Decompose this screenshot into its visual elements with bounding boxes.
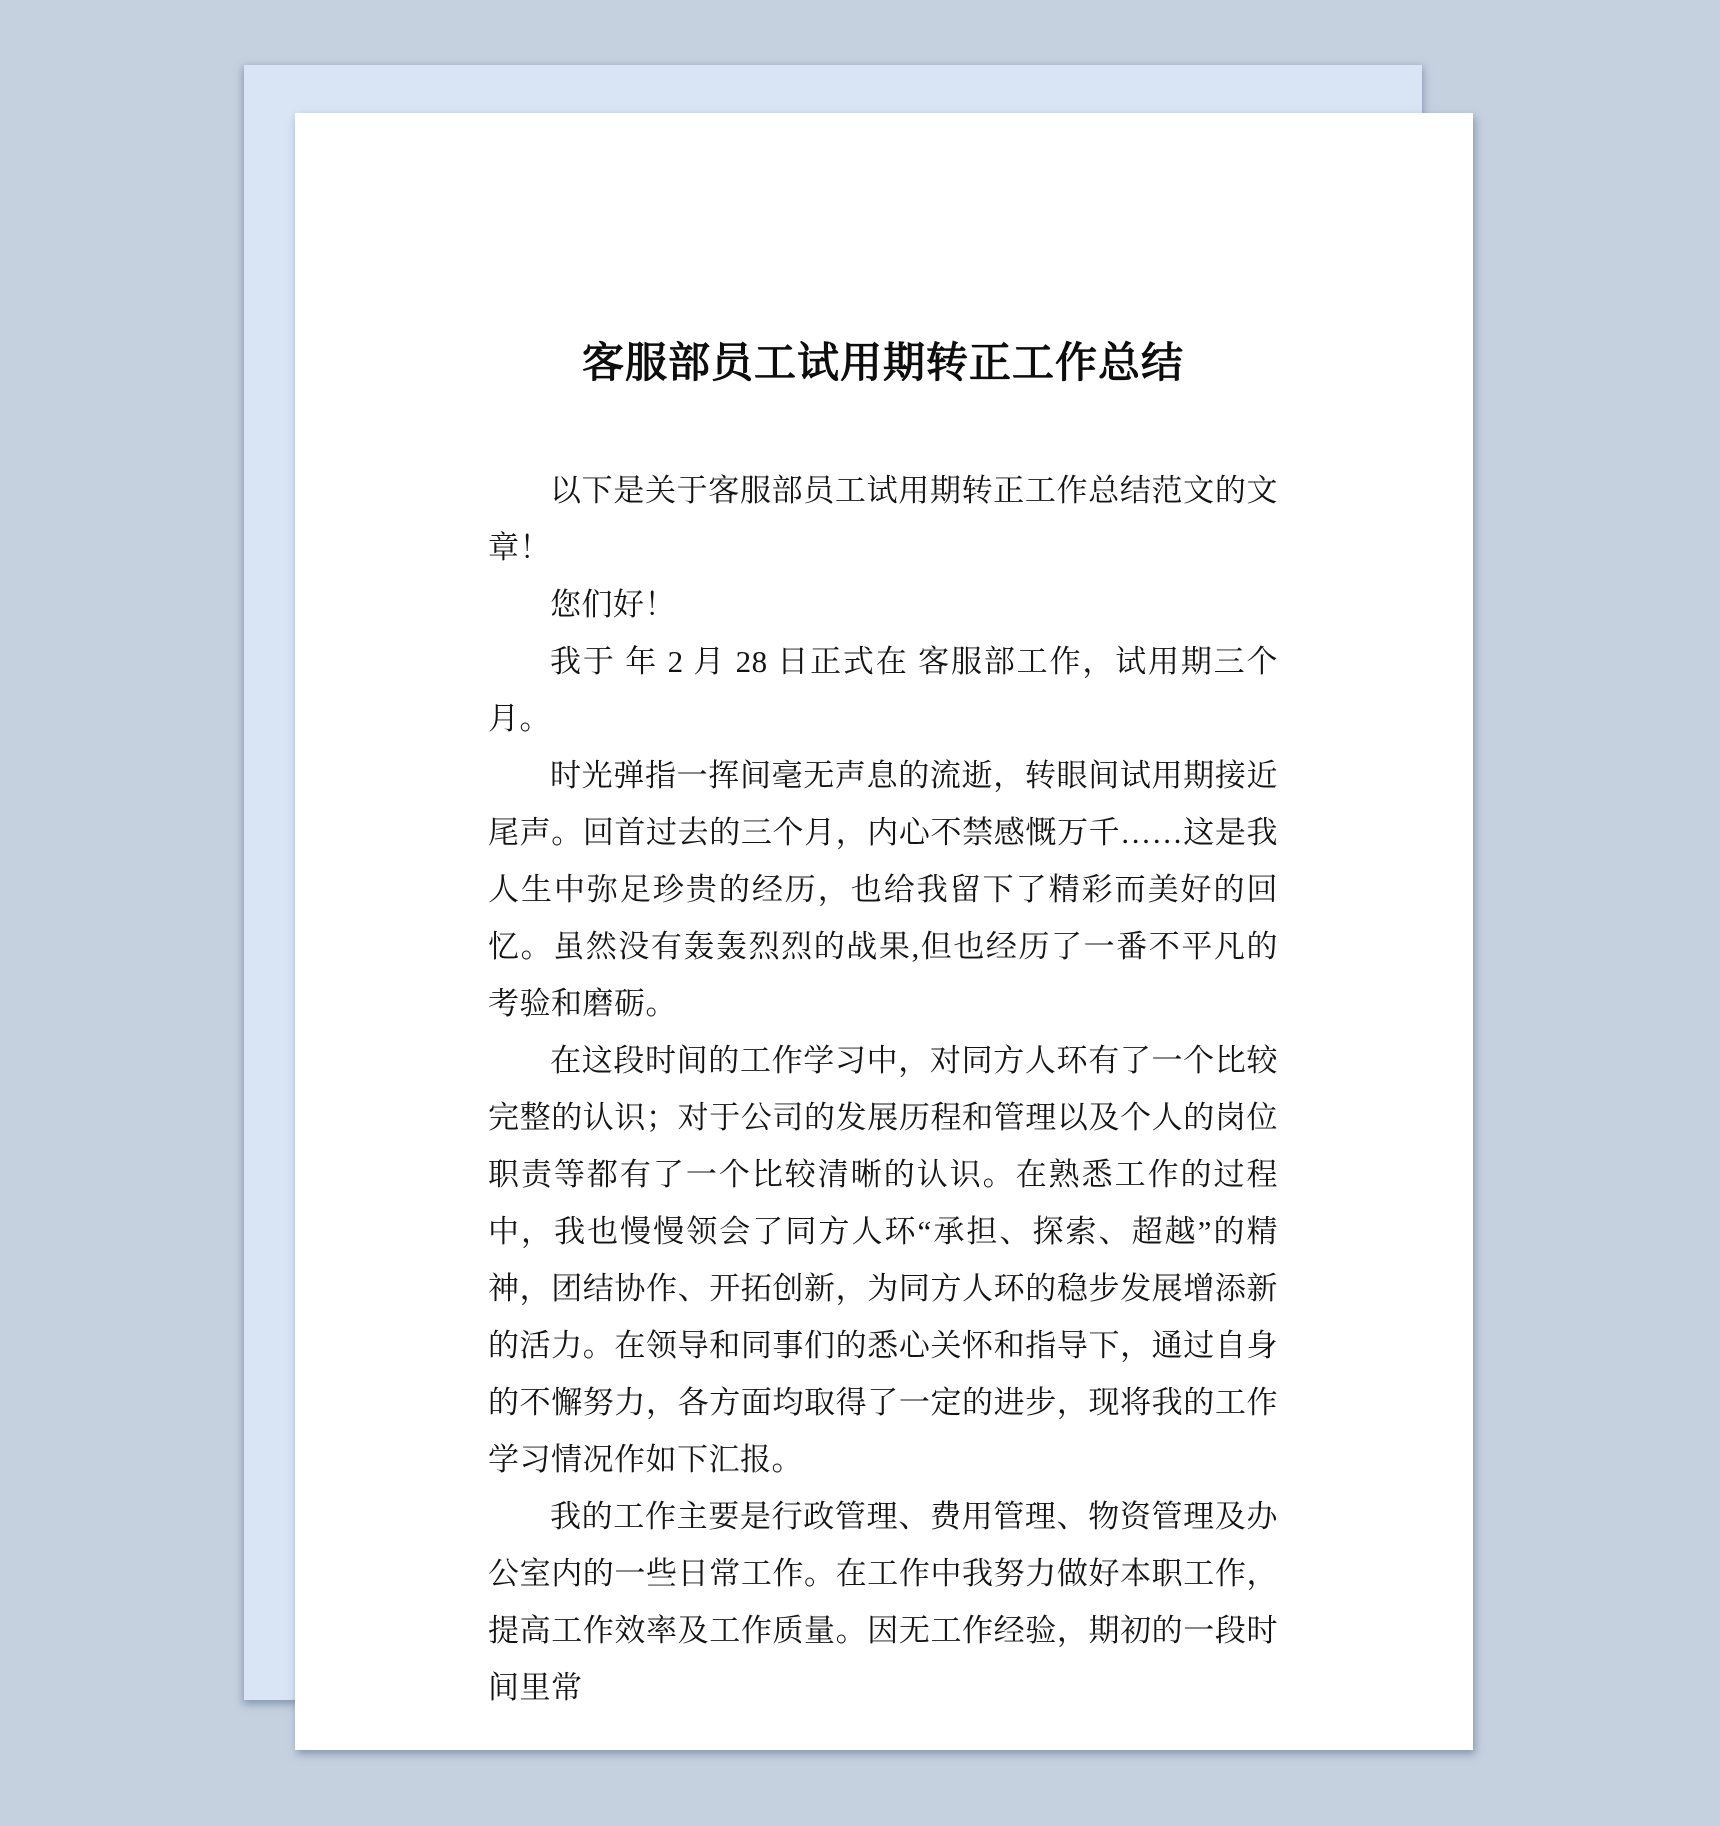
document-paragraph: 时光弹指一挥间毫无声息的流逝，转眼间试用期接近尾声。回首过去的三个月，内心不禁感… <box>488 747 1278 1032</box>
document-paragraph: 在这段时间的工作学习中，对同方人环有了一个比较完整的认识；对于公司的发展历程和管… <box>488 1032 1278 1488</box>
document-preview-canvas: 客服部员工试用期转正工作总结 以下是关于客服部员工试用期转正工作总结范文的文章！… <box>0 0 1720 1826</box>
document-paragraph: 我于 年 2 月 28 日正式在 客服部工作，试用期三个月。 <box>488 633 1278 747</box>
document-title: 客服部员工试用期转正工作总结 <box>488 333 1278 393</box>
document-body: 以下是关于客服部员工试用期转正工作总结范文的文章！ 您们好！ 我于 年 2 月 … <box>488 462 1278 1716</box>
document-paragraph: 我的工作主要是行政管理、费用管理、物资管理及办公室内的一些日常工作。在工作中我努… <box>488 1488 1278 1716</box>
document-paragraph: 您们好！ <box>488 576 1278 633</box>
document-page: 客服部员工试用期转正工作总结 以下是关于客服部员工试用期转正工作总结范文的文章！… <box>295 113 1473 1750</box>
document-paragraph: 以下是关于客服部员工试用期转正工作总结范文的文章！ <box>488 462 1278 576</box>
